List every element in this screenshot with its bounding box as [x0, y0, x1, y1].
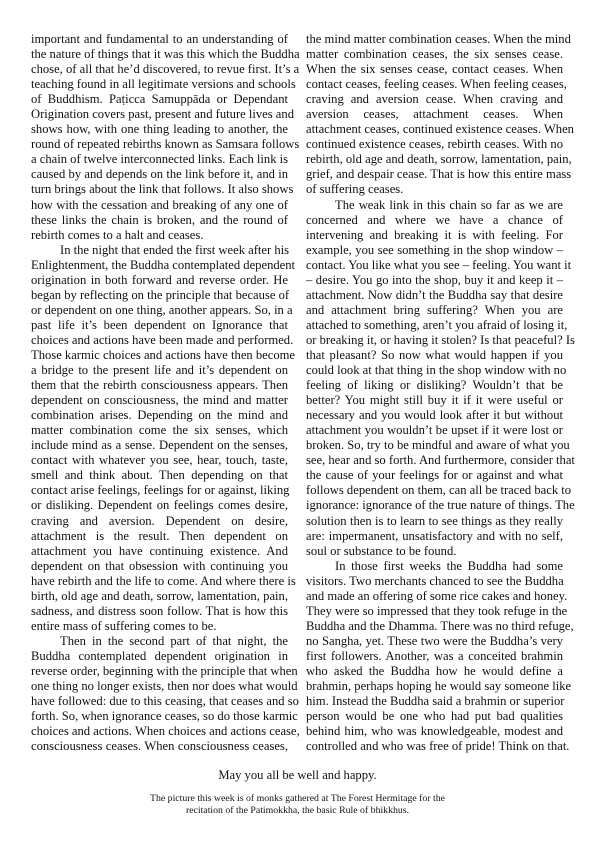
- text-line: forth. So, when ignorance ceases, so do …: [31, 709, 288, 724]
- text-line: Enlightenment, the Buddha contemplated d…: [31, 258, 288, 273]
- text-line: smell and think about. Then depending on…: [31, 468, 288, 483]
- text-line: of Buddhism. Paṭicca Samuppāda or Depend…: [31, 92, 288, 107]
- text-line: entire mass of suffering comes to be.: [31, 619, 288, 634]
- text-line: one thing no longer exists, then nor doe…: [31, 679, 288, 694]
- text-line: In the night that ended the first week a…: [31, 243, 288, 258]
- text-line: of suffering ceases.: [306, 182, 563, 197]
- text-line: solution then is to learn to see things …: [306, 514, 563, 529]
- text-line: better? You might still buy it if it wer…: [306, 393, 563, 408]
- text-line: broken. So, try to be mindful and aware …: [306, 438, 563, 453]
- left-column: important and fundamental to an understa…: [31, 32, 288, 754]
- text-line: behind him, who was knowledgeable, modes…: [306, 724, 563, 739]
- text-line: could look at that thing in the shop win…: [306, 363, 563, 378]
- text-line: and made an offering of some rice cakes …: [306, 589, 563, 604]
- text-line: – desire. You go into the shop, buy it a…: [306, 273, 563, 288]
- text-line: or disliking. Dependent on feelings come…: [31, 498, 288, 513]
- text-line: turn brings about the link that follows.…: [31, 182, 288, 197]
- text-line: past life it’s been dependent on Ignoran…: [31, 318, 288, 333]
- text-line: a bridge to the present life and it’s de…: [31, 363, 288, 378]
- text-line: first followers. Another, was a conceite…: [306, 649, 563, 664]
- text-line: how with the cessation and breaking of a…: [31, 198, 288, 213]
- text-line: contact. You like what you see – feeling…: [306, 258, 563, 273]
- text-line: see, hear and so forth. And furthermore,…: [306, 453, 563, 468]
- text-line: attachment. Now didn’t the Buddha say th…: [306, 288, 563, 303]
- text-line: consciousness ceases. When consciousness…: [31, 739, 288, 754]
- text-line: shows how, with one thing leading to ano…: [31, 122, 288, 137]
- photo-caption: The picture this week is of monks gather…: [0, 793, 595, 816]
- text-line: choices and actions. When choices and ac…: [31, 724, 288, 739]
- text-line: combination arises. Depending on the min…: [31, 408, 288, 423]
- text-line: matter combination come the six senses, …: [31, 423, 288, 438]
- text-line: Buddha contemplated dependent originatio…: [31, 649, 288, 664]
- text-line: caused by and depends on the link before…: [31, 167, 288, 182]
- text-line: origination in both forward and reverse …: [31, 273, 288, 288]
- text-line: who asked the Buddha how he would define…: [306, 664, 563, 679]
- text-line: no Sangha, yet. These two were the Buddh…: [306, 634, 563, 649]
- caption-line: recitation of the Patimokkha, the basic …: [0, 805, 595, 817]
- paragraph: The weak link in this chain so far as we…: [306, 198, 563, 559]
- text-line: visitors. Two merchants chanced to see t…: [306, 574, 563, 589]
- closing-blessing: May you all be well and happy.: [0, 768, 595, 783]
- paragraph: the mind matter combination ceases. When…: [306, 32, 563, 198]
- text-line: grief, and despair cease. That is how th…: [306, 167, 563, 182]
- text-line: Those karmic choices and actions have th…: [31, 348, 288, 363]
- text-line: rebirth, old age and death, sorrow, lame…: [306, 152, 563, 167]
- right-column: the mind matter combination ceases. When…: [306, 32, 563, 754]
- text-line: important and fundamental to an understa…: [31, 32, 288, 47]
- text-line: attachment ceases, continued existence c…: [306, 122, 563, 137]
- text-line: contact with whatever you see, hear, tou…: [31, 453, 288, 468]
- text-line: craving and aversion. Dependent on desir…: [31, 514, 288, 529]
- text-line: Then in the second part of that night, t…: [31, 634, 288, 649]
- text-line: them that the rebirth consciousness appe…: [31, 378, 288, 393]
- text-line: have rebirth and the life to come. And w…: [31, 574, 288, 589]
- text-line: Buddha and the Dhamma. There was no thir…: [306, 619, 563, 634]
- text-line: controlled and who was free of pride! Th…: [306, 739, 563, 754]
- text-line: sadness, and distress soon follow. That …: [31, 604, 288, 619]
- text-line: soul or substance to be found.: [306, 544, 563, 559]
- paragraph: important and fundamental to an understa…: [31, 32, 288, 243]
- text-line: rebirth comes to a halt and ceases.: [31, 228, 288, 243]
- text-line: that pleasant? So now what would happen …: [306, 348, 563, 363]
- text-line: contact arise feelings, feelings for or …: [31, 483, 288, 498]
- text-line: brahmin, perhaps hoping he would say som…: [306, 679, 563, 694]
- text-line: these links the chain is broken, and the…: [31, 213, 288, 228]
- text-line: craving and aversion cease. When craving…: [306, 92, 563, 107]
- text-line: the mind matter combination ceases. When…: [306, 32, 563, 47]
- text-line: feeling of liking or disliking? Wouldn’t…: [306, 378, 563, 393]
- text-line: attached to something, aren’t you afraid…: [306, 318, 563, 333]
- text-line: concerned and where we have a chance of: [306, 213, 563, 228]
- text-line: contact ceases, feeling ceases. When fee…: [306, 77, 563, 92]
- paragraph: In the night that ended the first week a…: [31, 243, 288, 634]
- paragraph: In those first weeks the Buddha had some…: [306, 559, 563, 755]
- text-line: The weak link in this chain so far as we…: [306, 198, 563, 213]
- text-line: aversion ceases, attachment ceases. When: [306, 107, 563, 122]
- text-line: have followed: due to this ceasing, that…: [31, 694, 288, 709]
- caption-line: The picture this week is of monks gather…: [0, 793, 595, 805]
- text-line: continued existence ceases, rebirth ceas…: [306, 137, 563, 152]
- text-line: began by reflecting on the principle tha…: [31, 288, 288, 303]
- paragraph: Then in the second part of that night, t…: [31, 634, 288, 754]
- text-line: person would be one who had put bad qual…: [306, 709, 563, 724]
- text-line: or breaking it, or having it stolen? Is …: [306, 333, 563, 348]
- text-line: the cause of your feelings for or agains…: [306, 468, 563, 483]
- text-line: a chain of twelve interconnected links. …: [31, 152, 288, 167]
- text-line: follows dependent on them, can all be tr…: [306, 483, 563, 498]
- text-line: attachment you have continuing existence…: [31, 544, 288, 559]
- text-line: are: impermanent, unsatisfactory and wit…: [306, 529, 563, 544]
- text-line: Origination covers past, present and fut…: [31, 107, 288, 122]
- text-line: the nature of things that it was this wh…: [31, 47, 288, 62]
- text-line: chose, of all that he’d discovered, to r…: [31, 62, 288, 77]
- text-line: attachment is the result. Then dependent…: [31, 529, 288, 544]
- text-line: intervening and breaking it is with feel…: [306, 228, 563, 243]
- text-line: matter combination ceases, the six sense…: [306, 47, 563, 62]
- text-line: teaching found in all legitimate version…: [31, 77, 288, 92]
- text-line: and attachment bring suffering? When you…: [306, 303, 563, 318]
- text-line: round of repeated rebirths known as Sams…: [31, 137, 288, 152]
- text-line: When the six senses cease, contact cease…: [306, 62, 563, 77]
- text-line: In those first weeks the Buddha had some: [306, 559, 563, 574]
- text-line: ignorance: ignorance of the true nature …: [306, 498, 563, 513]
- text-line: or dependent on one thing, another appea…: [31, 303, 288, 318]
- text-line: him. Instead the Buddha said a brahmin o…: [306, 694, 563, 709]
- text-line: necessary and you would look after it bu…: [306, 408, 563, 423]
- text-line: birth, old age and death, sorrow, lament…: [31, 589, 288, 604]
- text-line: dependent on consciousness, the mind and…: [31, 393, 288, 408]
- text-line: choices and actions have been made and p…: [31, 333, 288, 348]
- text-line: They were so impressed that they took re…: [306, 604, 563, 619]
- text-line: reverse order, beginning with the princi…: [31, 664, 288, 679]
- text-line: example, you see something in the shop w…: [306, 243, 563, 258]
- text-line: attachment you wouldn’t be upset if it w…: [306, 423, 563, 438]
- text-line: include mind as a sense. Dependent on th…: [31, 438, 288, 453]
- text-line: dependent on that obsession with continu…: [31, 559, 288, 574]
- document-page: important and fundamental to an understa…: [0, 0, 595, 842]
